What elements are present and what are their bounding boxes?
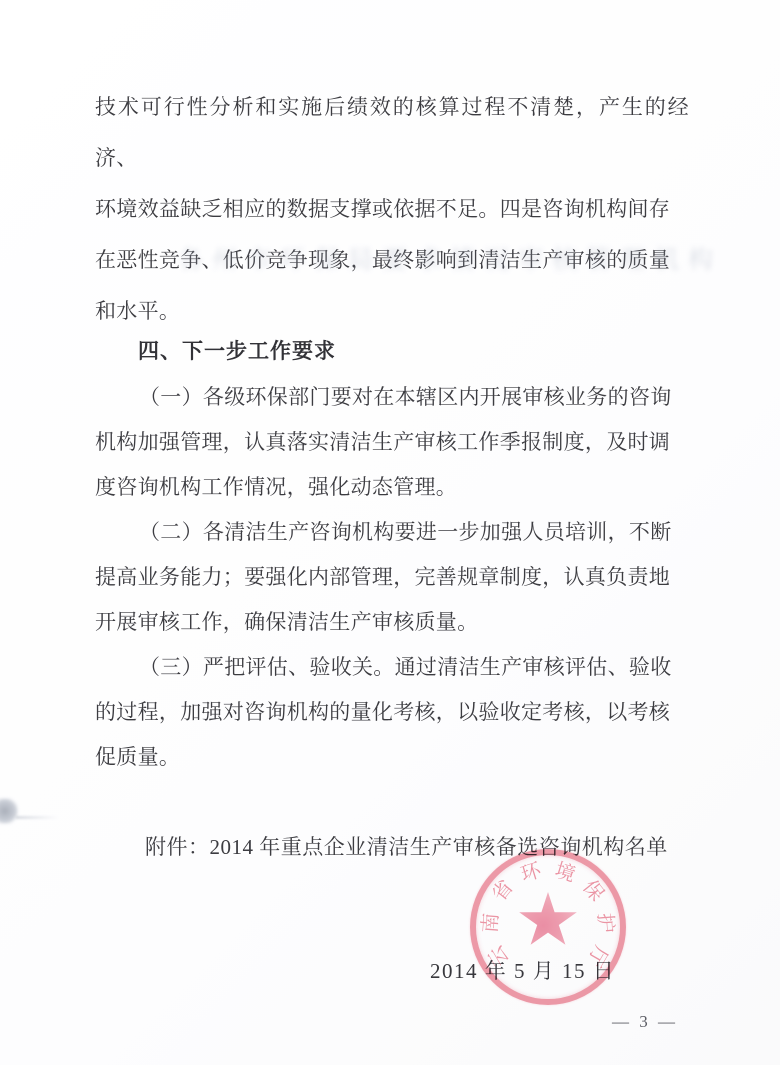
seal-char: 保 (579, 877, 607, 905)
paragraph-item-3: （三）严把评估、验收关。通过清洁生产审核评估、验收 的过程，加强对咨询机构的量化… (95, 645, 689, 780)
seal-char: 南 (480, 912, 501, 933)
scanned-document-page: 技术可行性分析和实施后绩效的核算过程不清楚，产生的经济、 环境效益缺乏相应的数据… (0, 0, 780, 1065)
seal-char: 厅 (584, 942, 611, 969)
page-number: — 3 — (612, 1012, 678, 1032)
paragraph-item-2: （二）各清洁生产咨询机构要进一步加强人员培训，不断 提高业务能力；要强化内部管理… (95, 510, 689, 645)
seal-char: 境 (552, 860, 577, 885)
seal-char: 云 (485, 942, 512, 969)
paragraph-continuation: 技术可行性分析和实施后绩效的核算过程不清楚，产生的经济、 环境效益缺乏相应的数据… (95, 82, 689, 337)
official-seal: 云南省环境保护厅 (470, 849, 626, 1005)
scan-smudge-artifact (0, 798, 18, 824)
seal-char: 环 (519, 860, 544, 885)
text-column: 技术可行性分析和实施后绩效的核算过程不清楚，产生的经济、 环境效益缺乏相应的数据… (95, 82, 689, 862)
seal-char: 省 (489, 877, 517, 905)
paragraph-item-1: （一）各级环保部门要对在本辖区内开展审核业务的咨询 机构加强管理，认真落实清洁生… (95, 375, 689, 510)
section-heading: 四、下一步工作要求 (95, 337, 689, 367)
scan-smudge-streak (16, 816, 58, 819)
seal-char: 护 (594, 912, 615, 933)
